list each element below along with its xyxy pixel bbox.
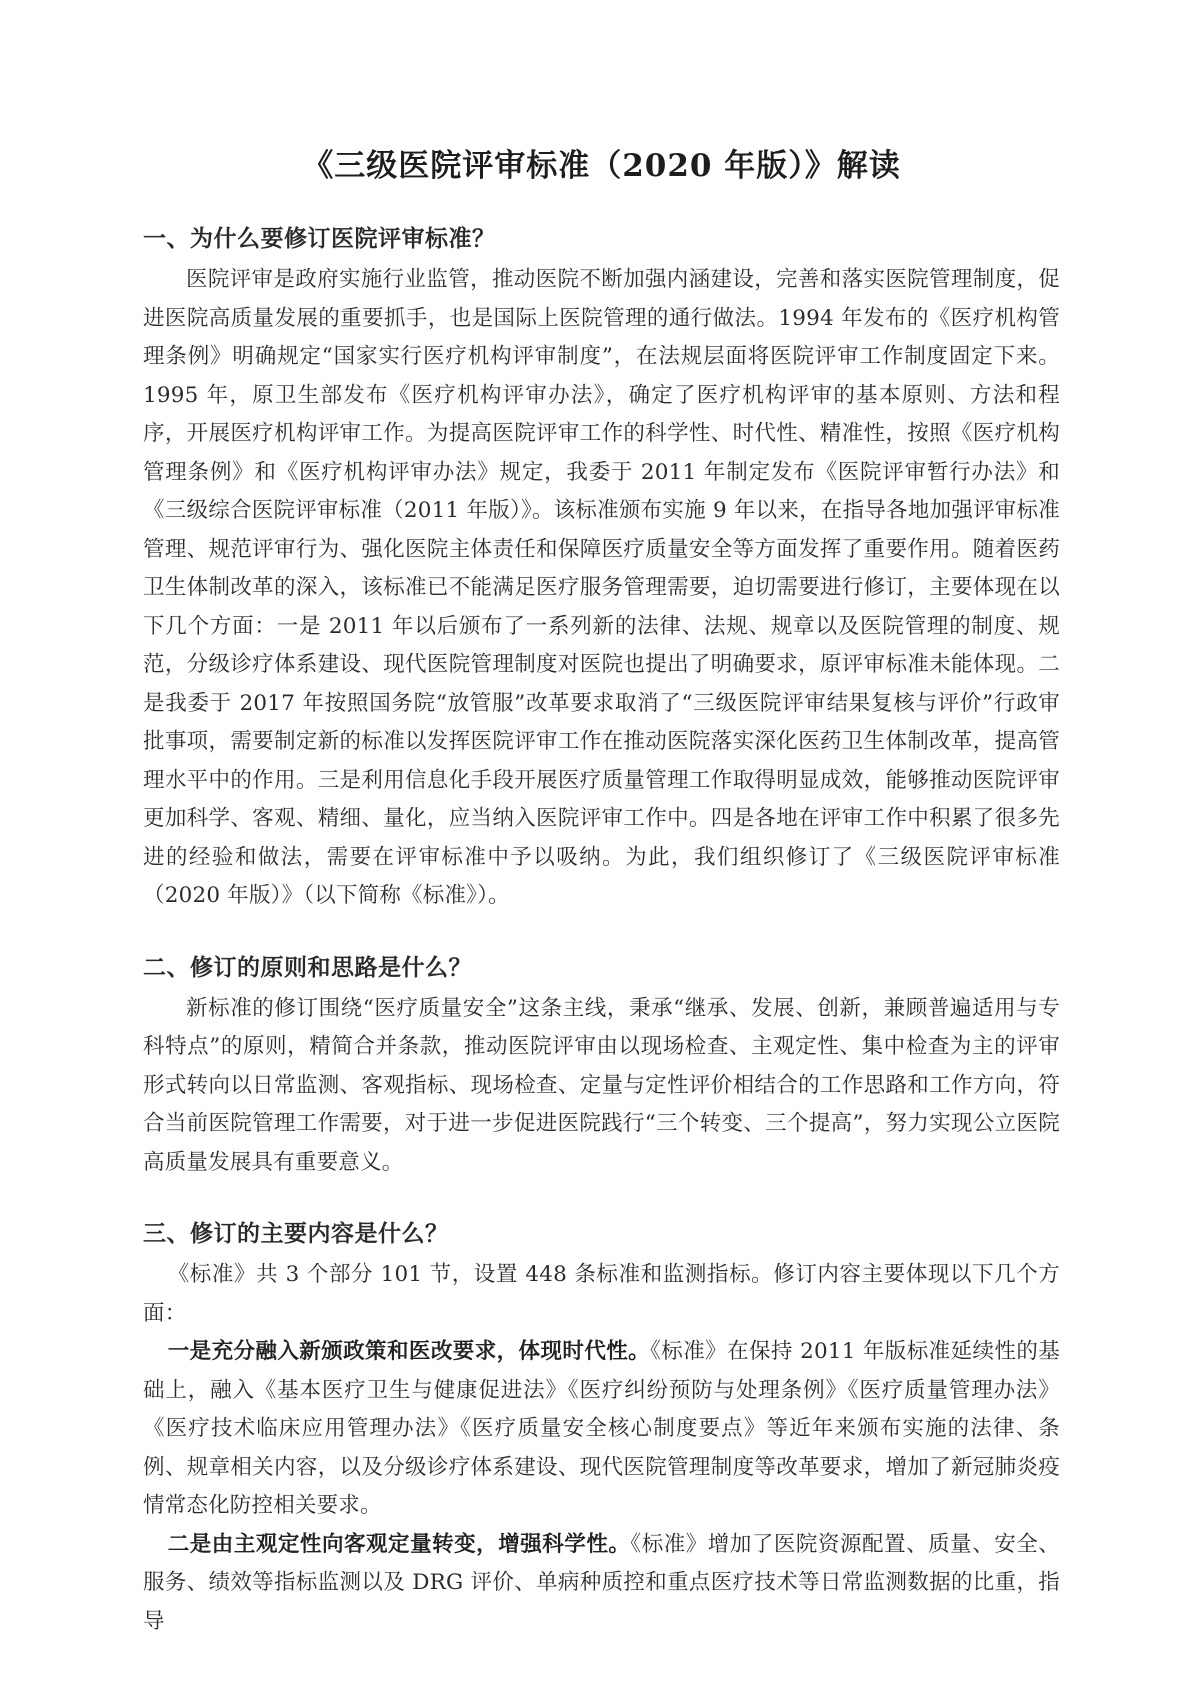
section-principles: 二、修订的原则和思路是什么？ 新标准的修订围绕“医疗质量安全”这条主线，秉承“继… xyxy=(143,953,1060,1183)
document-title: 《三级医院评审标准（2020 年版）》解读 xyxy=(143,145,1060,187)
point-2-lead: 二是由主观定性向客观定量转变，增强科学性。 xyxy=(168,1532,631,1557)
document-page: 《三级医院评审标准（2020 年版）》解读 一、为什么要修订医院评审标准？ 医院… xyxy=(0,0,1190,1684)
point-1-text: 《标准》在保持 2011 年版标准延续性的基础上，融入《基本医疗卫生与健康促进法… xyxy=(143,1339,1060,1518)
section-3-point-1: 一是充分融入新颁政策和医改要求，体现时代性。《标准》在保持 2011 年版标准延… xyxy=(143,1333,1060,1526)
section-3-heading: 三、修订的主要内容是什么？ xyxy=(143,1219,1060,1250)
section-1-paragraph: 医院评审是政府实施行业监管，推动医院不断加强内涵建设，完善和落实医院管理制度，促… xyxy=(143,261,1060,916)
point-1-lead: 一是充分融入新颁政策和医改要求，体现时代性。 xyxy=(168,1339,650,1364)
section-3-intro-paragraph: 《标准》共 3 个部分 101 节，设置 448 条标准和监测指标。修订内容主要… xyxy=(143,1256,1060,1333)
section-2-heading: 二、修订的原则和思路是什么？ xyxy=(143,953,1060,984)
section-3-point-2: 二是由主观定性向客观定量转变，增强科学性。《标准》增加了医院资源配置、质量、安全… xyxy=(143,1526,1060,1642)
section-1-heading: 一、为什么要修订医院评审标准？ xyxy=(143,224,1060,255)
section-why-revise: 一、为什么要修订医院评审标准？ 医院评审是政府实施行业监管，推动医院不断加强内涵… xyxy=(143,224,1060,916)
section-2-paragraph: 新标准的修订围绕“医疗质量安全”这条主线，秉承“继承、发展、创新，兼顾普遍适用与… xyxy=(143,990,1060,1183)
section-main-content: 三、修订的主要内容是什么？ 《标准》共 3 个部分 101 节，设置 448 条… xyxy=(143,1219,1060,1641)
